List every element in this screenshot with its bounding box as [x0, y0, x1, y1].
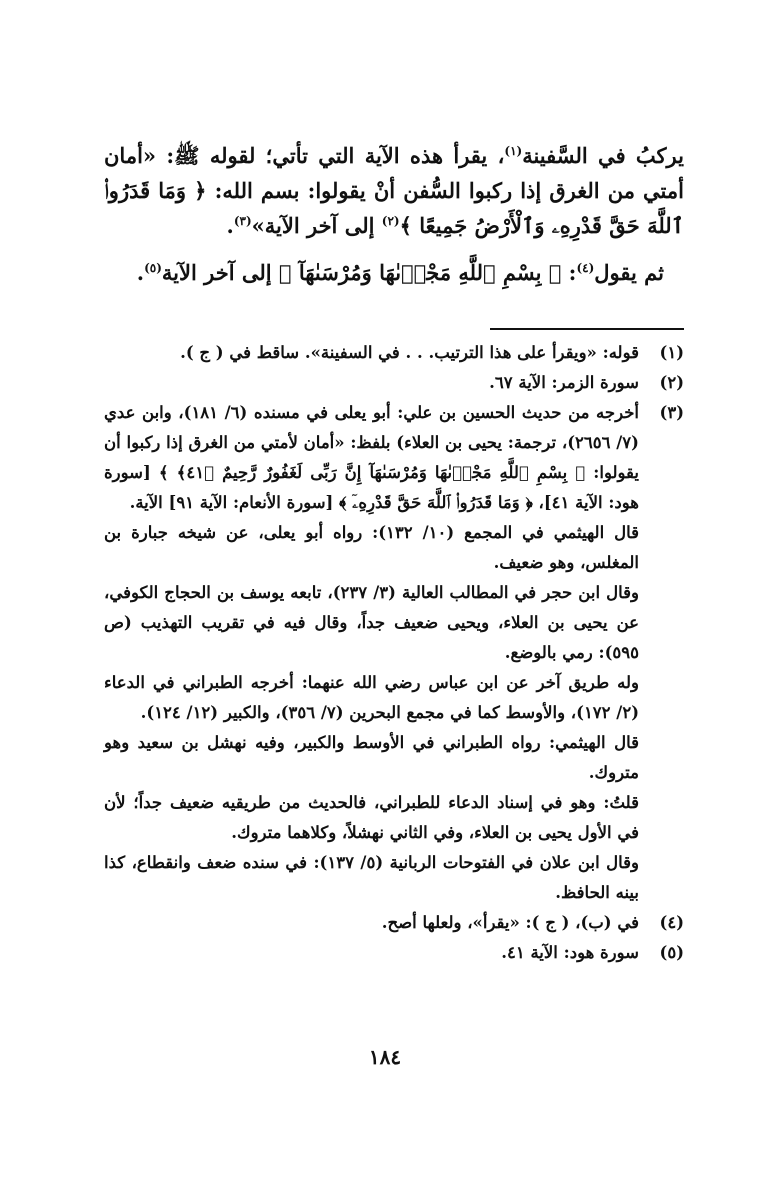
footnote-text: سورة هود: الآية ٤١.: [104, 938, 639, 968]
footnote-1: (١) قوله: «ويقرأ على هذا الترتيب. . . في…: [104, 338, 684, 368]
footnote-text: قلتُ: وهو في إسناد الدعاء للطبراني، فالح…: [104, 788, 639, 848]
footnote-2: (٢) سورة الزمر: الآية ٦٧.: [104, 368, 684, 398]
footnote-number: (٤): [639, 908, 684, 938]
quran-verse: ﴿ بِسْمِ ٱللَّهِ مَجْر۪ىٰهَا وَمُرْسَىٰه…: [279, 260, 561, 285]
footnote-text: قال الهيثمي في المجمع (١٠/ ١٣٢): رواه أب…: [104, 518, 639, 578]
footnote-separator: [490, 328, 684, 330]
footnote-text: وقال ابن علان في الفتوحات الربانية (٥/ ١…: [104, 848, 639, 908]
page-number: ١٨٤: [0, 1045, 770, 1069]
footnote-text: سورة الزمر: الآية ٦٧.: [104, 368, 639, 398]
text-run: .: [137, 260, 144, 285]
footnote-ref-2[interactable]: (٢): [382, 214, 400, 228]
footnote-number: (١): [639, 338, 684, 368]
footnote-number: (٢): [639, 368, 684, 398]
footnotes-section: (١) قوله: «ويقرأ على هذا الترتيب. . . في…: [104, 338, 684, 968]
footnote-text: قال الهيثمي: رواه الطبراني في الأوسط وال…: [104, 728, 639, 788]
footnote-5: (٥) سورة هود: الآية ٤١.: [104, 938, 684, 968]
footnote-text: وقال ابن حجر في المطالب العالية (٣/ ٢٣٧)…: [104, 578, 639, 668]
text-run: ثم يقول: [594, 260, 664, 285]
footnote-ref-3[interactable]: (٣): [234, 214, 252, 228]
text-run: إلى آخر الآية: [162, 260, 279, 285]
text-run: يركبُ في السَّفينة: [522, 143, 684, 168]
footnote-3: (٣) أخرجه من حديث الحسين بن علي: أبو يعل…: [104, 398, 684, 908]
footnote-number: (٥): [639, 938, 684, 968]
main-paragraph-1: يركبُ في السَّفينة(١)، يقرأ هذه الآية ال…: [104, 138, 684, 243]
footnote-text: قوله: «ويقرأ على هذا الترتيب. . . في الس…: [104, 338, 639, 368]
footnote-ref-1[interactable]: (١): [504, 144, 522, 158]
main-paragraph-2: ثم يقول(٤): ﴿ بِسْمِ ٱللَّهِ مَجْر۪ىٰهَا…: [104, 255, 684, 290]
footnote-number: (٣): [639, 398, 684, 908]
footnote-text: في (ب)، ( ج ): «يقرأ»، ولعلها أصح.: [104, 908, 639, 938]
text-run: .: [227, 213, 234, 238]
footnote-text: وله طريق آخر عن ابن عباس رضي الله عنهما:…: [104, 668, 639, 728]
footnote-ref-4[interactable]: (٤): [576, 261, 594, 275]
text-run: إلى آخر الآية»: [252, 213, 382, 238]
footnote-4: (٤) في (ب)، ( ج ): «يقرأ»، ولعلها أصح.: [104, 908, 684, 938]
main-text-block: يركبُ في السَّفينة(١)، يقرأ هذه الآية ال…: [104, 138, 684, 290]
footnote-ref-5[interactable]: (٥): [144, 261, 162, 275]
text-run: :: [561, 260, 576, 285]
footnote-text: أخرجه من حديث الحسين بن علي: أبو يعلى في…: [104, 398, 639, 518]
